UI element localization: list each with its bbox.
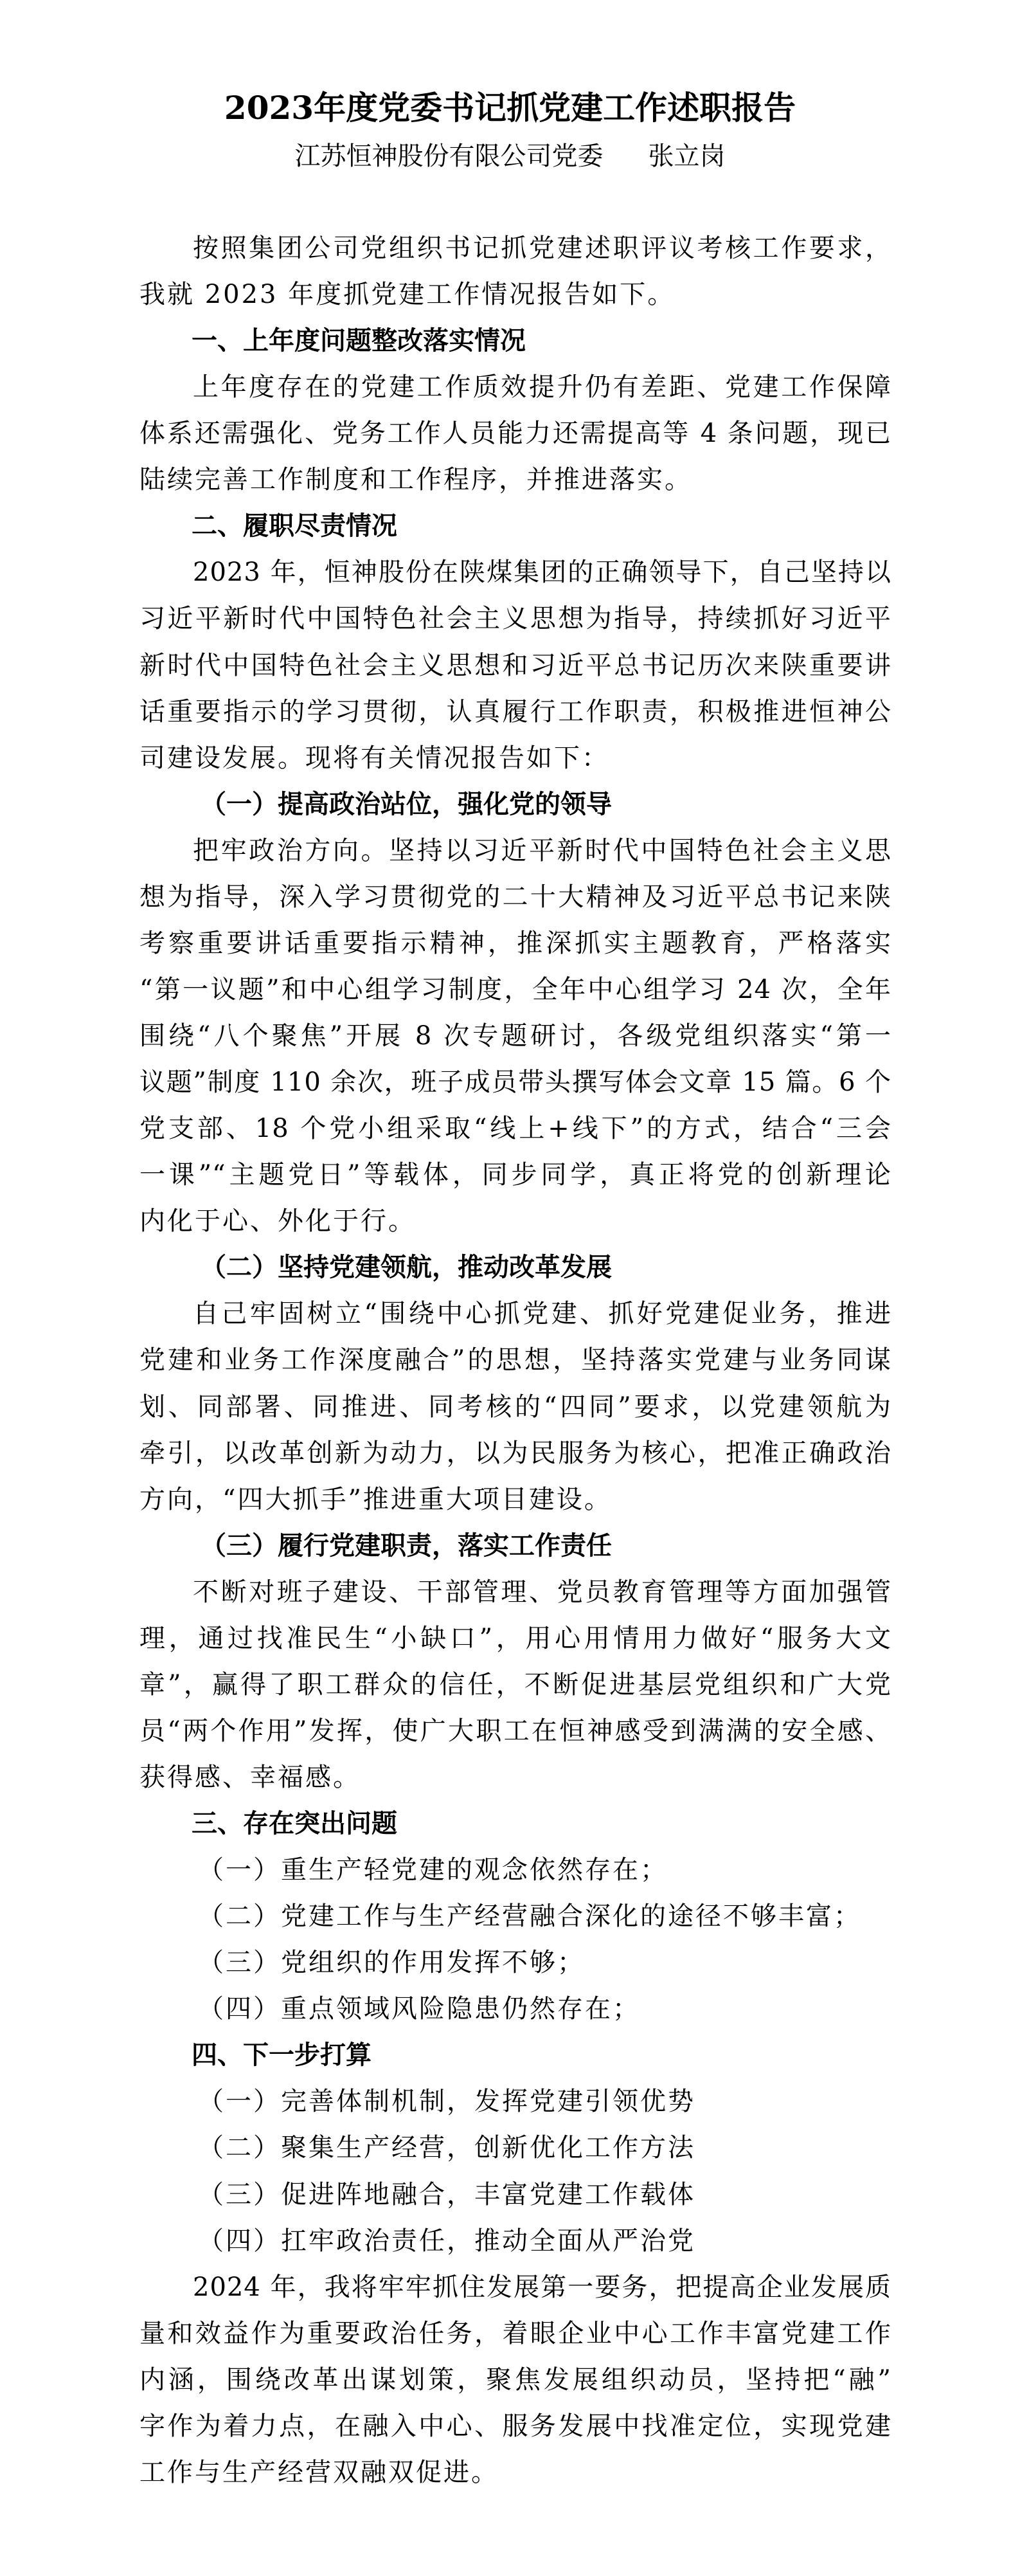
subsection-heading: （三）履行党建职责，落实工作责任	[201, 1527, 953, 1565]
paragraph-line: 员“两个作用”发挥，使广大职工在恒神感受到满满的安全感、	[139, 1712, 891, 1750]
paragraph-line: “第一议题”和中心组学习制度，全年中心组学习 24 次，全年	[139, 970, 891, 1009]
subsection-heading: （一）提高政治站位，强化党的领导	[201, 785, 953, 824]
paragraph-line: 一课”“主题党日”等载体，同步同学，真正将党的创新理论	[139, 1156, 891, 1194]
paragraph-line: 牵引，以改革创新为动力，以为民服务为核心，把准正确政治	[139, 1434, 891, 1473]
document-title: 2023年度党委书记抓党建工作述职报告	[0, 89, 1020, 127]
paragraph-last-line: 司建设发展。现将有关情况报告如下：	[139, 739, 891, 777]
paragraph-line: 习近平新时代中国特色社会主义思想为指导，持续抓好习近平	[139, 599, 891, 638]
paragraph-first-line: 2024 年，我将牢牢抓住发展第一要务，把提高企业发展质	[193, 2268, 891, 2307]
paragraph-first-line: 2023 年，恒神股份在陕煤集团的正确领导下，自己坚持以	[193, 553, 891, 592]
list-item: （一）完善体制机制，发挥党建引领优势	[198, 2082, 950, 2121]
paragraph-last-line: 工作与生产经营双融双促进。	[139, 2453, 891, 2492]
organization-name: 江苏恒神股份有限公司党委	[295, 141, 604, 171]
paragraph-first-line: 上年度存在的党建工作质效提升仍有差距、党建工作保障	[193, 368, 891, 406]
subsection-heading: （二）坚持党建领航，推动改革发展	[201, 1248, 953, 1287]
paragraph-line: 围绕“八个聚焦”开展 8 次专题研讨，各级党组织落实“第一	[139, 1017, 891, 1055]
paragraph-last-line: 内化于心、外化于行。	[139, 1202, 891, 1240]
paragraph-line: 理，通过找准民生“小缺口”，用心用情用力做好“服务大文	[139, 1619, 891, 1658]
paragraph-line: 话重要指示的学习贯彻，认真履行工作职责，积极推进恒神公	[139, 693, 891, 731]
paragraph-line: 内涵，围绕改革出谋划策，聚焦发展组织动员，坚持把“融”	[139, 2361, 891, 2399]
paragraph-line: 体系还需强化、党务工作人员能力还需提高等 4 条问题，现已	[139, 414, 891, 453]
paragraph-last-line: 我就 2023 年度抓党建工作情况报告如下。	[139, 275, 891, 314]
list-item: （二）聚集生产经营，创新优化工作方法	[198, 2128, 950, 2167]
section-heading: 三、存在突出问题	[192, 1804, 944, 1843]
paragraph-first-line: 按照集团公司党组织书记抓党建述职评议考核工作要求，	[193, 229, 891, 268]
paragraph-line: 新时代中国特色社会主义思想和习近平总书记历次来陕重要讲	[139, 646, 891, 685]
paragraph-line: 划、同部署、同推进、同考核的“四同”要求，以党建领航为	[139, 1388, 891, 1426]
paragraph-line: 考察重要讲话重要指示精神，推深抓实主题教育，严格落实	[139, 924, 891, 963]
document-page: 2023年度党委书记抓党建工作述职报告 江苏恒神股份有限公司党委张立岗 按照集团…	[0, 0, 1020, 2576]
list-item: （一）重生产轻党建的观念依然存在；	[198, 1851, 950, 1889]
paragraph-first-line: 自己牢固树立“围绕中心抓党建、抓好党建促业务，推进	[193, 1294, 891, 1333]
list-item: （三）党组织的作用发挥不够；	[198, 1943, 950, 1982]
section-heading: 四、下一步打算	[192, 2036, 944, 2074]
paragraph-line: 章”，赢得了职工群众的信任，不断促进基层党组织和广大党	[139, 1665, 891, 1704]
list-item: （四）扛牢政治责任，推动全面从严治党	[198, 2222, 950, 2260]
paragraph-line: 党建和业务工作深度融合”的思想，坚持落实党建与业务同谋	[139, 1341, 891, 1379]
paragraph-last-line: 陆续完善工作制度和工作程序，并推进落实。	[139, 460, 891, 499]
paragraph-line: 党支部、18 个党小组采取“线上+线下”的方式，结合“三会	[139, 1109, 891, 1148]
list-item: （三）促进阵地融合，丰富党建工作载体	[198, 2175, 950, 2214]
paragraph-line: 字作为着力点，在融入中心、服务发展中找准定位，实现党建	[139, 2407, 891, 2445]
paragraph-line: 量和效益作为重要政治任务，着眼企业中心工作丰富党建工作	[139, 2314, 891, 2353]
document-subtitle: 江苏恒神股份有限公司党委张立岗	[0, 140, 1020, 172]
list-item: （二）党建工作与生产经营融合深化的途径不够丰富；	[198, 1897, 950, 1936]
paragraph-line: 想为指导，深入学习贯彻党的二十大精神及习近平总书记来陕	[139, 878, 891, 916]
paragraph-first-line: 把牢政治方向。坚持以习近平新时代中国特色社会主义思	[193, 831, 891, 870]
paragraph-last-line: 方向，“四大抓手”推进重大项目建设。	[139, 1480, 891, 1519]
paragraph-line: 议题”制度 110 余次，班子成员带头撰写体会文章 15 篇。6 个	[139, 1063, 891, 1102]
paragraph-first-line: 不断对班子建设、干部管理、党员教育管理等方面加强管	[193, 1573, 891, 1611]
section-heading: 二、履职尽责情况	[192, 507, 944, 545]
paragraph-last-line: 获得感、幸福感。	[139, 1758, 891, 1797]
section-heading: 一、上年度问题整改落实情况	[192, 322, 944, 360]
list-item: （四）重点领域风险隐患仍然存在；	[198, 1990, 950, 2028]
author-name: 张立岗	[649, 141, 726, 171]
